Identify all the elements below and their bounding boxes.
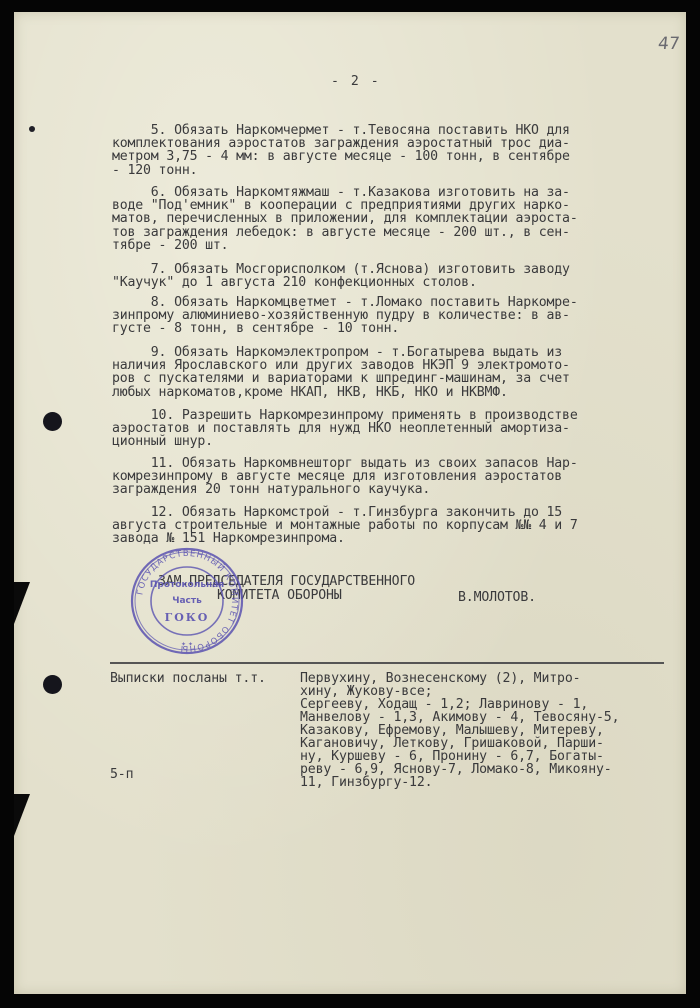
text-line: ционный шнур. (112, 435, 672, 448)
paragraph-5: 5. Обязать Наркомчермет - т.Тевосяна пос… (112, 124, 672, 177)
paragraph-10: 10. Разрешить Наркомрезинпрому применять… (112, 409, 672, 449)
text-line: тябре - 200 шт. (112, 239, 672, 252)
distribution-list: Первухину, Вознесенскому (2), Митро- хин… (300, 672, 619, 789)
paragraph-6: 6. Обязать Наркомтяжмаш - т.Казакова изг… (112, 186, 672, 252)
text-line: завода № 151 Наркомрезинпрома. (112, 532, 672, 545)
archive-sheet-number: 47 (657, 34, 681, 54)
paragraph-11: 11. Обязать Наркомвнешторг выдать из сво… (112, 457, 672, 497)
text-line: матов, перечисленных в приложении, для к… (112, 212, 672, 225)
text-line: любых наркоматов,кроме НКАП, НКВ, НКБ, Н… (112, 386, 672, 399)
paragraph-8: 8. Обязать Наркомцветмет - т.Ломако пост… (112, 296, 672, 336)
distribution-line: 11, Гинзбургу-12. (300, 776, 619, 789)
paragraph-12: 12. Обязать Наркомстрой - т.Гинзбурга за… (112, 506, 672, 546)
reference-code: 5-п (110, 768, 133, 781)
text-line: густе - 8 тонн, в сентябре - 10 тонн. (112, 322, 672, 335)
svg-text:Часть: Часть (172, 596, 202, 606)
text-line: заграждения 20 тонн натурального каучука… (112, 483, 672, 496)
text-line: ров с пускателями и вариаторами к шпреди… (112, 372, 672, 385)
official-stamp: ГОСУДАРСТВЕННЫЙ КОМИТЕТ ОБОРОНЫ Протокол… (128, 545, 246, 657)
punch-hole-top (43, 412, 62, 431)
svg-text:Протокольная: Протокольная (150, 580, 224, 590)
scan-frame: 47 - 2 - 5. Обязать Наркомчермет - т.Тев… (0, 0, 700, 1008)
punch-hole-small (29, 126, 35, 132)
page-number: - 2 - (331, 75, 381, 88)
text-line: тов заграждения лебедок: в августе месяц… (112, 226, 672, 239)
paragraph-9: 9. Обязать Наркомэлектропром - т.Богатыр… (112, 346, 672, 399)
stamp-seal-icon: ГОСУДАРСТВЕННЫЙ КОМИТЕТ ОБОРОНЫ Протокол… (128, 545, 246, 657)
paragraph-7: 7. Обязать Мосгорисполком (т.Яснова) изг… (112, 263, 672, 289)
binder-clip-mark-bottom (14, 794, 30, 836)
divider-line (110, 662, 664, 664)
text-line: метром 3,75 - 4 мм: в августе месяце - 1… (112, 150, 672, 163)
svg-text:ГОКО: ГОКО (165, 611, 210, 624)
binder-clip-mark-top (14, 582, 30, 624)
text-line: - 120 тонн. (112, 164, 672, 177)
distribution-label: Выписки посланы т.т. (110, 672, 266, 685)
punch-hole-bottom (43, 675, 62, 694)
signatory-name: В.МОЛОТОВ. (458, 591, 536, 604)
svg-text:✦ ✦: ✦ ✦ (181, 641, 193, 648)
text-line: "Каучук" до 1 августа 210 конфекционных … (112, 276, 672, 289)
